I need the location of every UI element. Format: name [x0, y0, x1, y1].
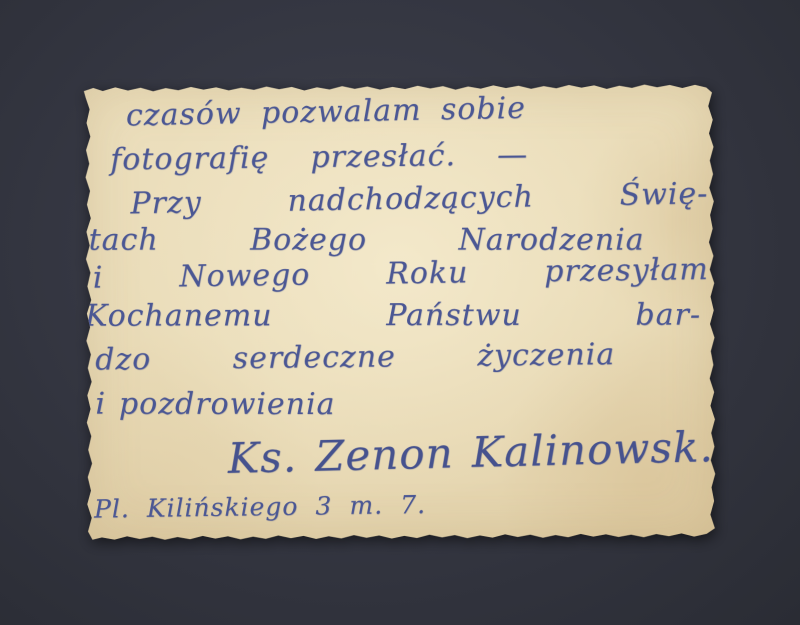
- handwritten-line-8: i pozdrowienia: [95, 387, 335, 422]
- handwritten-line-6: Kochanemu Państwu bar-: [85, 298, 701, 334]
- handwritten-line-4: tach Bożego Narodzenia: [89, 223, 645, 258]
- handwritten-line-5: i Nowego Roku przesyłam: [93, 252, 709, 296]
- handwritten-line-1: czasów pozwalam sobie: [126, 91, 527, 134]
- handwritten-line-3: Przy nadchodzących Świę-: [130, 176, 709, 221]
- postcard-shadow: czasów pozwalam sobie fotografię przesła…: [84, 83, 716, 540]
- handwritten-line-7: dzo serdeczne życzenia: [95, 337, 615, 377]
- signature: Ks. Zenon Kalinowsk.: [227, 422, 714, 483]
- handwritten-line-2: fotografię przesłać. —: [110, 137, 528, 177]
- postcard: czasów pozwalam sobie fotografię przesła…: [84, 83, 716, 540]
- address-line: Pl. Kilińskiego 3 m. 7.: [94, 490, 426, 524]
- photo-mat: czasów pozwalam sobie fotografię przesła…: [0, 0, 800, 625]
